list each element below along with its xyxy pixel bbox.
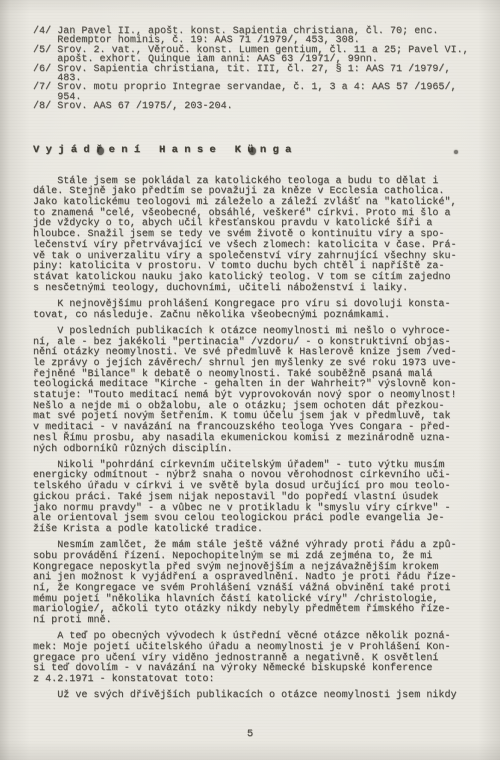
body-line: sobu provádění řízení. Nepochopitelným s… [33, 552, 476, 563]
body-line: lečenství víry přetrvávající ve všech zl… [33, 241, 476, 252]
body-line: gickou práci. Také jsem nijak nepostavil… [33, 493, 476, 504]
body-line: s nesčetnými teology, duchovními, učitel… [33, 284, 476, 295]
body-line: K nejnovějšímu prohlášení Kongregace pro… [33, 300, 476, 311]
footnote-line: /6/ Srov. Sapientia christiana, tit. III… [33, 65, 476, 74]
body-line: z 4.2.1971 - konstatovat toto: [33, 675, 476, 686]
paragraph-lines: V posledních publikacích k otázce neomyl… [33, 327, 476, 455]
footnote: /4/ Jan Pavel II., apošt. konst. Sapient… [33, 27, 476, 46]
footnote-lines: /7/ Srov. motu proprio Integrae servanda… [33, 83, 476, 102]
paragraph: V posledních publikacích k otázce neomyl… [33, 327, 476, 455]
paragraph: Už ve svých dřívějších publikacích o otá… [33, 691, 476, 702]
footnote: /6/ Srov. Sapientia christiana, tit. III… [33, 65, 476, 84]
footnote: /5/ Srov. 2. vat., Věrouč. konst. Lumen … [33, 46, 476, 65]
paragraph: K nejnovějšímu prohlášení Kongregace pro… [33, 300, 476, 321]
section-heading: V y j á d ř e n í H a n s e K ü n g a [33, 145, 476, 156]
body-line: le zprávy o jejích závěrech/ shrnul jen … [33, 359, 476, 370]
footnote: /7/ Srov. motu proprio Integrae servanda… [33, 83, 476, 102]
footnote-lines: /5/ Srov. 2. vat., Věrouč. konst. Lumen … [33, 46, 476, 65]
footnote-line: /7/ Srov. motu proprio Integrae servanda… [33, 83, 476, 92]
paragraph-lines: K nejnovějšímu prohlášení Kongregace pro… [33, 300, 476, 321]
footnote-lines: /8/ Srov. AAS 67 /1975/, 203-204. [33, 102, 476, 111]
footnote-line: /8/ Srov. AAS 67 /1975/, 203-204. [33, 102, 476, 111]
footnote-lines: /6/ Srov. Sapientia christiana, tit. III… [33, 65, 476, 84]
scanned-document-page: /4/ Jan Pavel II., apošt. konst. Sapient… [0, 0, 500, 760]
footnote-section: /4/ Jan Pavel II., apošt. konst. Sapient… [33, 27, 476, 112]
paragraph-lines: Už ve svých dřívějších publikacích o otá… [33, 691, 476, 702]
paragraph-lines: Stále jsem se pokládal za katolického te… [33, 177, 476, 295]
body-line: ní proti mně. [33, 616, 476, 627]
paragraph-lines: Nesmím zamlčet, že mám stále ještě vážné… [33, 541, 476, 627]
paragraph-lines: Nikoli "pohrdání církevním učitelským úř… [33, 461, 476, 536]
footnote: /8/ Srov. AAS 67 /1975/, 203-204. [33, 102, 476, 111]
body-line: ných odborníků různých disciplín. [33, 445, 476, 456]
page-number: 5 [0, 728, 500, 740]
body-line: Už ve svých dřívějších publikacích o otá… [33, 691, 476, 702]
body-line: tovat, co následuje. Začnu několika všeo… [33, 311, 476, 322]
body-line: nesl Římu prosbu, aby nasadila ekumenick… [33, 434, 476, 445]
body-line: V posledních publikacích k otázce neomyl… [33, 327, 476, 338]
paragraph: A teď po obecných vývodech k ústřední vě… [33, 632, 476, 686]
paragraph-lines: A teď po obecných vývodech k ústřední vě… [33, 632, 476, 686]
paragraph: Nesmím zamlčet, že mám stále ještě vážné… [33, 541, 476, 627]
paragraph: Nikoli "pohrdání církevním učitelským úř… [33, 461, 476, 536]
paragraph: Stále jsem se pokládal za katolického te… [33, 177, 476, 295]
footnote-lines: /4/ Jan Pavel II., apošt. konst. Sapient… [33, 27, 476, 46]
body-line: žíše Krista a podle katolické tradice. [33, 525, 476, 536]
body-text: Stále jsem se pokládal za katolického te… [33, 177, 476, 702]
